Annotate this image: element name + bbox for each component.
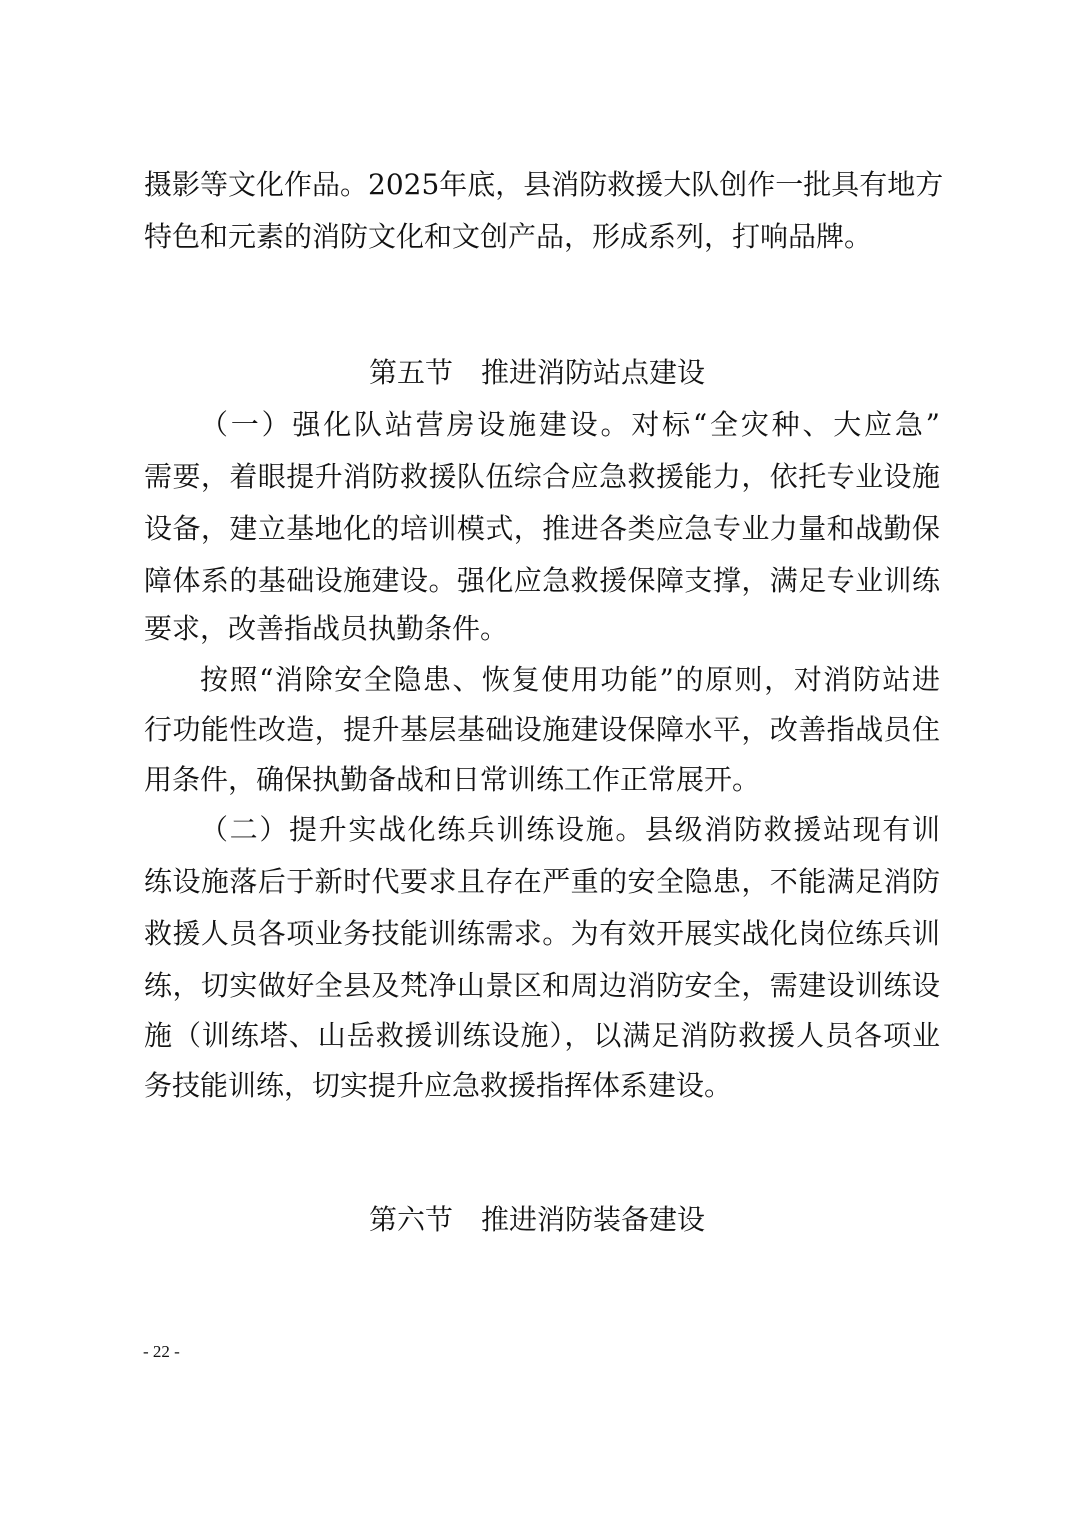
paragraph-3-line-2: 练设施落后于新时代要求且存在严重的安全隐患，不能满足消防 [144,862,940,902]
intro-line-1: 摄影等文化作品。2025年底，县消防救援大队创作一批具有地方 [144,165,940,205]
paragraph-1-line-2: 需要，着眼提升消防救援队伍综合应急救援能力，依托专业设施 [144,457,940,497]
paragraph-3-line-4: 练，切实做好全县及梵净山景区和周边消防安全，需建设训练设 [144,966,940,1006]
section-heading-5: 第五节 推进消防站点建设 [0,353,1074,393]
paragraph-1-line-5: 要求，改善指战员执勤条件。 [144,609,940,649]
paragraph-3-line-6: 务技能训练，切实提升应急救援指挥体系建设。 [144,1066,940,1106]
paragraph-1-line-1: （一）强化队站营房设施建设。对标“全灾种、大应急” [200,405,940,445]
paragraph-3-line-3: 救援人员各项业务技能训练需求。为有效开展实战化岗位练兵训 [144,914,940,954]
page-number: - 22 - [143,1342,180,1362]
paragraph-2-line-2: 行功能性改造，提升基层基础设施建设保障水平，改善指战员住 [144,710,940,750]
paragraph-1-line-3: 设备，建立基地化的培训模式，推进各类应急专业力量和战勤保 [144,509,940,549]
intro-line-2: 特色和元素的消防文化和文创产品，形成系列，打响品牌。 [144,217,940,257]
paragraph-2-line-3: 用条件，确保执勤备战和日常训练工作正常展开。 [144,760,940,800]
paragraph-1-line-4: 障体系的基础设施建设。强化应急救援保障支撑，满足专业训练 [144,561,940,601]
paragraph-3-line-1: （二）提升实战化练兵训练设施。县级消防救援站现有训 [200,810,940,850]
paragraph-3-line-5: 施（训练塔、山岳救援训练设施），以满足消防救援人员各项业 [144,1016,940,1056]
section-heading-6: 第六节 推进消防装备建设 [0,1200,1074,1240]
document-page: 摄影等文化作品。2025年底，县消防救援大队创作一批具有地方 特色和元素的消防文… [0,0,1074,1520]
paragraph-2-line-1: 按照“消除安全隐患、恢复使用功能”的原则，对消防站进 [200,660,940,700]
